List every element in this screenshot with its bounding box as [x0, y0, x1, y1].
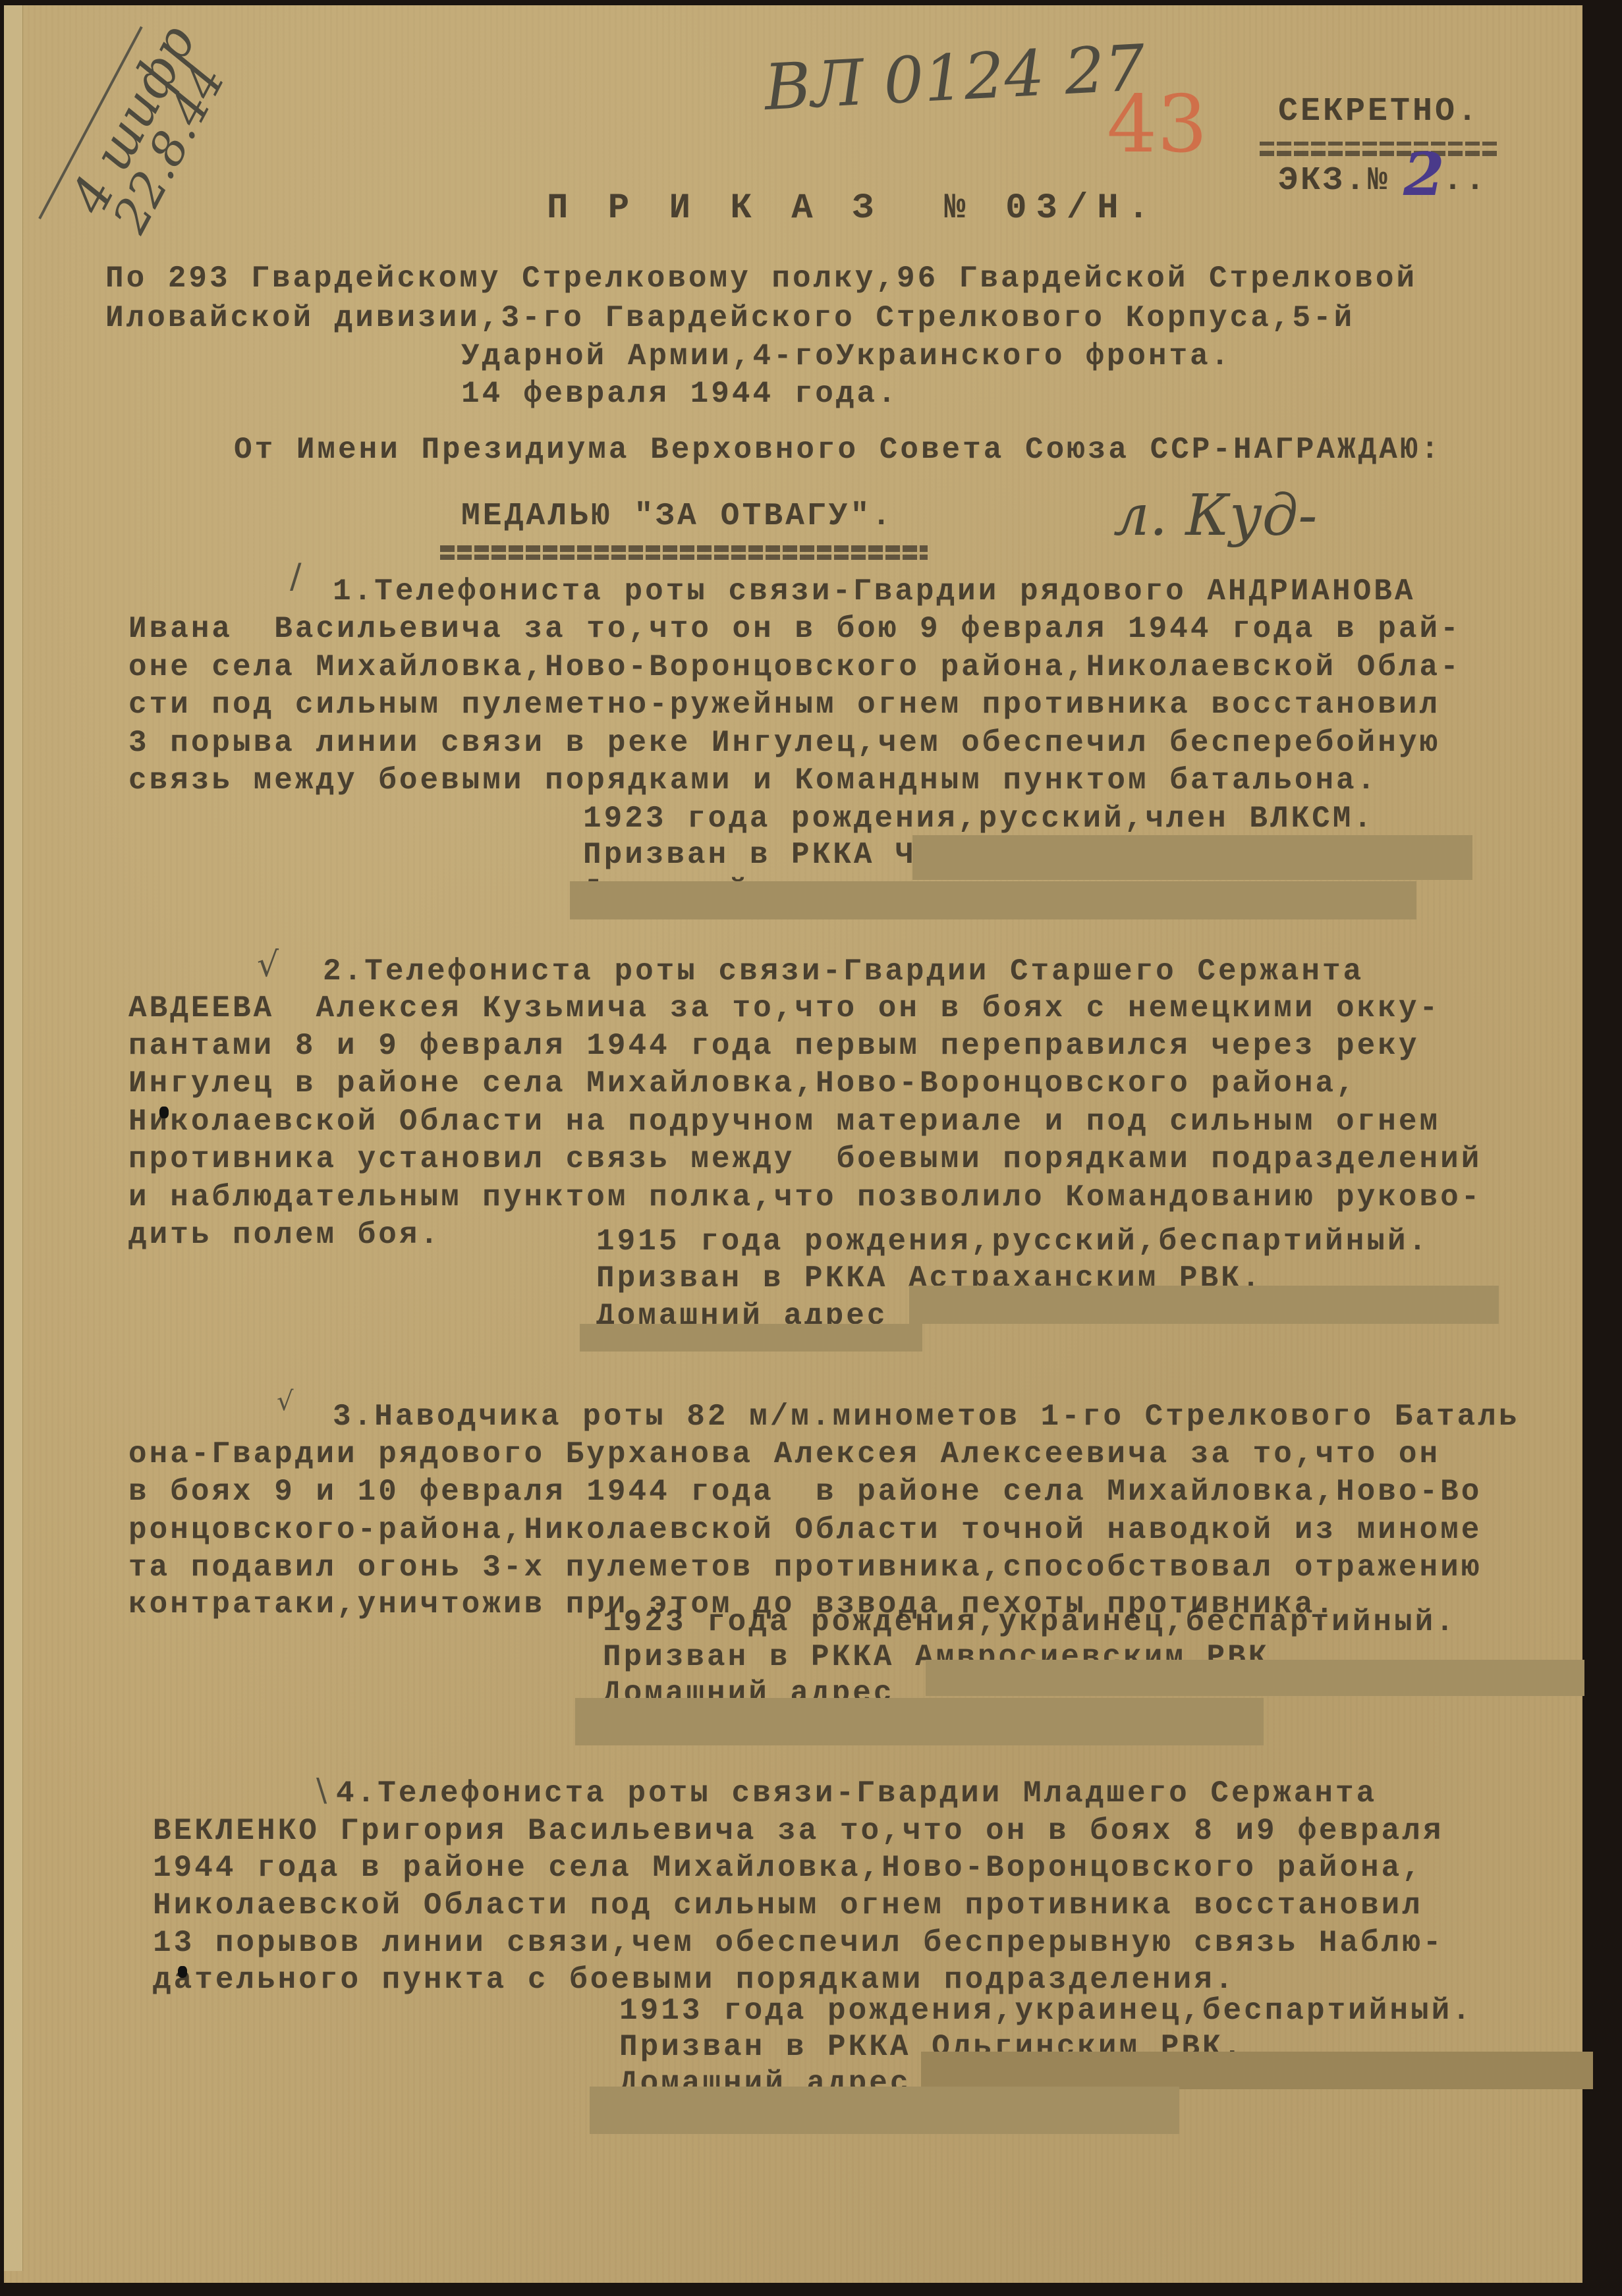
handwritten-signature-mark: л. Куд-	[1113, 487, 1317, 544]
entry-1-line-1: 1.Телефониста роты связи-Гвардии рядовог…	[333, 576, 1415, 607]
header-line-1: По 293 Гвардейскому Стрелковому полку,96…	[105, 263, 1417, 294]
entry-1-line-2: Ивана Васильевича за то,что он в бою 9 ф…	[128, 614, 1461, 644]
entry-1-birth: 1923 года рождения,русский,член ВЛКСМ.	[583, 804, 1374, 834]
entry-4-line-3: 1944 года в районе села Михайловка,Ново-…	[153, 1853, 1423, 1883]
entry-1-line-6: связь между боевыми порядками и Командны…	[128, 765, 1378, 796]
entry-4-line-2: ВЕКЛЕНКО Григория Васильевича за то,что …	[153, 1816, 1443, 1846]
page-margin-strip	[4, 5, 23, 2271]
entry-2-line-8: дить полем боя.	[128, 1220, 441, 1250]
order-title: П Р И К А З № 03/Н.	[547, 191, 1158, 227]
award-underline	[440, 545, 928, 552]
entry-4-line-5: 13 порывов линии связи,чем обеспечил бес…	[153, 1928, 1443, 1958]
entry-3-line-3: в боях 9 и 10 февраля 1944 года в районе…	[128, 1477, 1482, 1507]
entry-1-line-4: сти под сильным пулеметно-ружейным огнем…	[128, 690, 1440, 720]
entry-4-line-4: Николаевской Области под сильным огнем п…	[153, 1890, 1423, 1921]
check-mark-4: \	[316, 1772, 327, 1809]
header-date: 14 февраля 1944 года.	[461, 379, 899, 409]
entry-3-birth: 1923 года рождения,украинец,беспартийный…	[603, 1607, 1457, 1637]
entry-1-line-5: 3 порыва линии связи в реке Ингулец,чем …	[128, 728, 1440, 758]
entry-2-line-2: АВДЕЕВА Алексея Кузьмича за то,что он в …	[128, 993, 1440, 1024]
entry-2-line-5: Николаевской Области на подручном матери…	[128, 1107, 1440, 1137]
handwritten-archive-number: ВЛ 0124 27	[763, 36, 1146, 119]
preamble: От Имени Президиума Верховного Совета Со…	[234, 435, 1441, 465]
entry-3-line-1: 3.Наводчика роты 82 м/м.минометов 1-го С…	[333, 1402, 1519, 1432]
redaction-block	[921, 2052, 1593, 2089]
check-mark-2: √	[257, 945, 279, 985]
award-title: МЕДАЛЬЮ "ЗА ОТВАГУ".	[461, 501, 893, 532]
entry-2-line-6: противника установил связь между боевыми…	[128, 1144, 1482, 1174]
red-page-number: 43	[1107, 86, 1208, 165]
entry-1-line-3: оне села Михайловка,Ново-Воронцовского р…	[128, 652, 1461, 682]
entry-3-line-2: она-Гвардии рядового Бурханова Алексея А…	[128, 1439, 1440, 1469]
redaction-block	[912, 835, 1472, 880]
redaction-block	[926, 1660, 1584, 1696]
copy-label: ЭКЗ.№	[1278, 165, 1390, 198]
copy-dots: ..	[1443, 165, 1488, 198]
entry-3-line-4: ронцовского-района,Николаевской Области …	[128, 1515, 1482, 1545]
redaction-block	[575, 1698, 1264, 1745]
redaction-block	[580, 1324, 922, 1352]
entry-3-line-5: та подавил огонь 3-х пулеметов противник…	[128, 1552, 1482, 1583]
redaction-block	[570, 881, 1416, 919]
redaction-block	[909, 1286, 1499, 1324]
entry-4-line-6: дательного пункта с боевыми порядками по…	[153, 1965, 1235, 1995]
classification-label: СЕКРЕТНО.	[1278, 96, 1480, 128]
entry-2-birth: 1915 года рождения,русский,беспартийный.	[596, 1226, 1429, 1257]
copy-number: 2	[1403, 145, 1445, 204]
header-line-2: Иловайской дивизии,3-го Гвардейского Стр…	[105, 303, 1355, 333]
header-line-3: Ударной Армии,4-гоУкраинского фронта.	[461, 341, 1231, 371]
check-mark-3: √	[277, 1386, 294, 1417]
entry-2-line-7: и наблюдательным пунктом полка,что позво…	[128, 1182, 1482, 1213]
entry-2-line-3: пантами 8 и 9 февраля 1944 года первым п…	[128, 1031, 1419, 1061]
entry-4-line-1: 4.Телефониста роты связи-Гвардии Младшег…	[336, 1778, 1377, 1809]
redaction-block	[590, 2087, 1179, 2134]
paper-hole	[159, 1107, 169, 1118]
classification-underline	[1260, 142, 1497, 146]
entry-2-line-1: 2.Телефониста роты связи-Гвардии Старшег…	[323, 956, 1364, 987]
check-mark-1: /	[290, 557, 302, 596]
entry-2-line-4: Ингулец в районе села Михайловка,Ново-Во…	[128, 1068, 1357, 1099]
paper-hole	[178, 1966, 187, 1978]
entry-4-birth: 1913 года рождения,украинец,беспартийный…	[619, 1996, 1473, 2026]
